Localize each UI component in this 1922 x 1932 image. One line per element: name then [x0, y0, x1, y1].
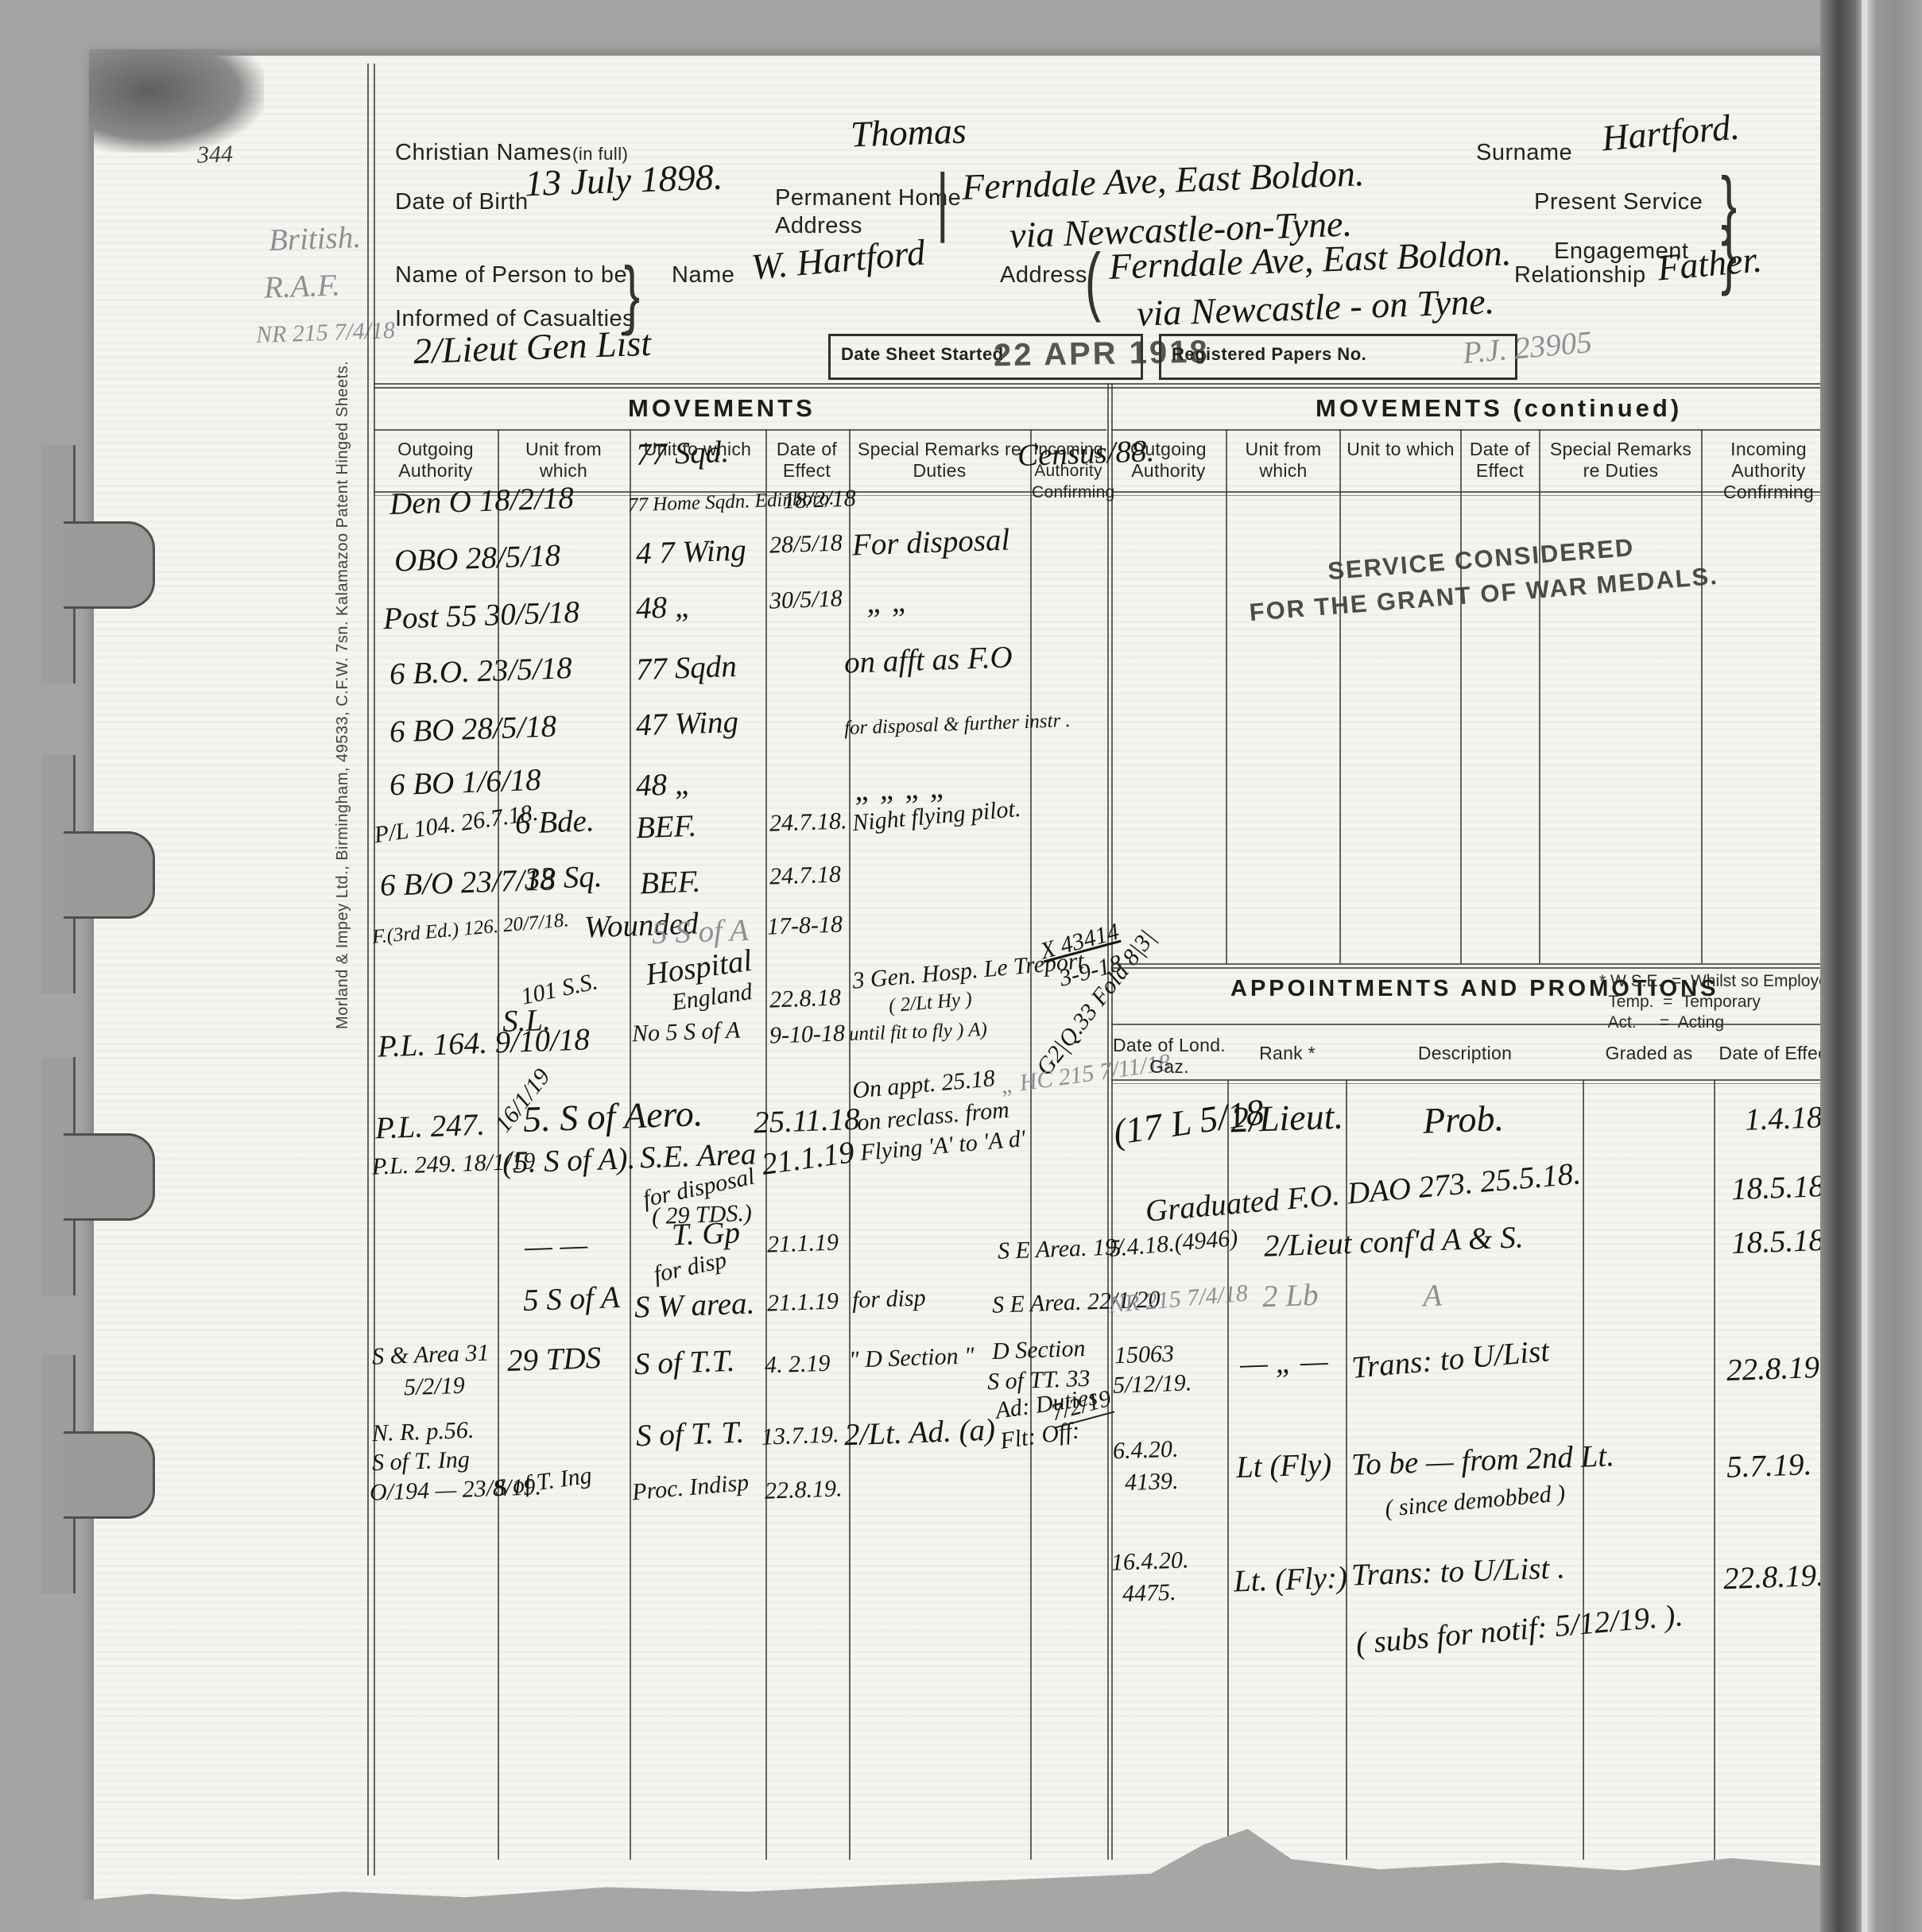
printer-imprint: Morland & Impey Ltd., Birmingham, 49533,…	[334, 361, 352, 1029]
mv-cell: 6 B.O. 23/5/18	[389, 650, 572, 692]
ap-cell: Lt. (Fly:)	[1233, 1560, 1347, 1600]
mv-cell: BEF.	[639, 864, 701, 902]
movements-continued-title: MOVEMENTS (continued)	[1316, 394, 1682, 423]
name-label: Name	[672, 262, 734, 288]
mv-cell: 4 7 Wing	[635, 532, 746, 572]
ap-cell: 6.4.20.	[1112, 1436, 1179, 1465]
mv-cell: 17-8-18	[766, 911, 843, 940]
ap-cell: Prob.	[1422, 1097, 1505, 1142]
ap-cell: 1.4.18	[1744, 1099, 1823, 1137]
mv-cell: BEF.	[635, 808, 697, 846]
home-address-label-1: Permanent Home	[775, 185, 961, 211]
mv-cell: OBO 28/5/18	[393, 537, 561, 579]
legend-temp: Temp. = Temporary	[1599, 992, 1761, 1012]
col-incoming-2: Incoming Authority Confirming	[1704, 439, 1833, 503]
mv-cell: " D Section "	[848, 1342, 975, 1373]
mv-cell: P.L. 247.	[374, 1107, 485, 1147]
mv-cell: 24.7.18.	[769, 807, 847, 837]
relationship-label: Relationship	[1514, 262, 1646, 288]
col-unit-from-2: Unit from which	[1229, 439, 1338, 482]
mv-cell: T. Gp	[671, 1215, 740, 1253]
mv-cell: D Section	[991, 1335, 1086, 1365]
ap-cell: 2/Lieut.	[1230, 1095, 1344, 1141]
home-address-brace: |	[936, 157, 949, 244]
col-outgoing: Outgoing Authority	[377, 439, 494, 482]
mv-cell: 5 S of A	[522, 1280, 620, 1318]
ap-cell: 5/12/19.	[1112, 1369, 1192, 1399]
sheet-number: 344	[196, 141, 233, 169]
ap-cell: 15063	[1114, 1341, 1174, 1370]
mv-cell: S of T. T.	[635, 1415, 745, 1454]
hinge-slot	[41, 1057, 169, 1295]
christian-names-value: Thomas	[850, 109, 967, 155]
mv-cell: 77 Sqdn	[635, 649, 737, 687]
mv-cell: 28/5/18	[769, 529, 843, 559]
ap-cell: 16.4.20.	[1110, 1547, 1189, 1576]
col-date-2: Date of Effect	[1463, 439, 1537, 482]
mv-cell: S W area.	[634, 1285, 755, 1325]
ap-cell: 5.7.19.	[1726, 1446, 1812, 1485]
mv-cell: 29 TDS	[506, 1340, 602, 1379]
mv-cell: 13.7.19.	[761, 1421, 839, 1450]
address-brace: (	[1085, 236, 1101, 323]
mv-cell: 6 BO 28/5/18	[389, 708, 557, 749]
registered-papers-label: Registered Papers No.	[1172, 344, 1366, 365]
mv-cell: 22.8.19.	[764, 1475, 843, 1504]
mv-cell: (5. S of A).	[502, 1140, 636, 1181]
col-graded-as: Graded as	[1586, 1043, 1712, 1064]
legend-wse: * W S.E. = Whilst so Employed	[1599, 971, 1837, 992]
mv-cell: 22.8.18	[769, 984, 841, 1013]
mv-cell: 6 BO 1/6/18	[389, 762, 541, 803]
col-rank: Rank *	[1230, 1043, 1344, 1064]
mv-cell: „ „	[866, 583, 909, 621]
mv-cell: S E Area. 19/	[997, 1233, 1123, 1265]
mv-cell: 9-10-18	[769, 1020, 845, 1049]
dob-label: Date of Birth	[395, 189, 529, 215]
ap-cell: 4475.	[1122, 1579, 1176, 1608]
mv-cell: 18/2/18	[782, 485, 856, 514]
mv-cell: 47 Wing	[635, 704, 738, 743]
scanned-record-sheet: 344 British. R.A.F. NR 215 7/4/18 Morlan…	[0, 0, 1922, 1932]
col-unit-from: Unit from which	[501, 439, 626, 482]
mv-cell: P.L. 164. 9/10/18	[377, 1021, 590, 1064]
present-service-label: Present Service	[1534, 189, 1703, 215]
mv-cell: No 5 S of A	[631, 1017, 740, 1048]
mv-cell: Den O 18/2/18	[389, 480, 574, 522]
ap-cell-pencil: 2 Lb	[1261, 1277, 1319, 1314]
surname-label: Surname	[1476, 140, 1572, 166]
col-date: Date of Effect	[767, 439, 847, 482]
mv-cell-pencil: 5 S of A	[651, 912, 749, 951]
mv-cell: 5/2/19	[403, 1373, 465, 1402]
ap-cell-pencil: A	[1422, 1278, 1442, 1314]
mv-cell: 4. 2.19	[764, 1350, 831, 1380]
col-description: Description	[1349, 1043, 1581, 1064]
movements-title: MOVEMENTS	[628, 394, 816, 423]
col-remarks-2: Special Remarks re Duties	[1542, 439, 1699, 482]
ap-cell: 22.8.19	[1726, 1349, 1819, 1388]
rank-note: 2/Lieut Gen List	[413, 322, 652, 372]
ap-cell: 22.8.19.	[1722, 1558, 1824, 1597]
mv-cell: for disp	[851, 1284, 926, 1314]
hinge-slot	[41, 1355, 169, 1593]
hinge-slot	[41, 445, 169, 683]
col-unit-to-2: Unit to which	[1343, 439, 1459, 460]
ap-cell: Trans: to U/List .	[1350, 1550, 1565, 1593]
mv-cell: 21.1.19	[766, 1287, 839, 1317]
ap-cell: — „ —	[1239, 1343, 1328, 1382]
legend-act: Act. = Acting	[1599, 1012, 1724, 1033]
mv-cell: 48 „	[635, 589, 692, 626]
mv-cell: S of T. Ing	[371, 1446, 470, 1477]
ap-cell: 18.5.18.	[1730, 1168, 1832, 1207]
mv-cell: 33 Sq.	[524, 858, 603, 896]
mv-cell: 6 Bde.	[514, 803, 595, 841]
ap-cell: Lt (Fly)	[1235, 1446, 1332, 1485]
home-address-label-2: Address	[775, 213, 862, 239]
col-date-effect: Date of Effect	[1717, 1043, 1835, 1064]
col-remarks: Special Remarks re Duties	[852, 439, 1027, 482]
mv-cell: 24.7.18	[769, 861, 841, 890]
mv-cell: — —	[524, 1227, 588, 1265]
mv-cell: S & Area 31	[371, 1339, 490, 1370]
date-sheet-label: Date Sheet Started	[841, 344, 1004, 365]
mv-cell: 5. S of Aero.	[522, 1092, 703, 1140]
pencil-note-service: R.A.F.	[263, 267, 340, 305]
col-lond-gaz: Date of Lond. Gaz.	[1113, 1035, 1226, 1078]
ap-cell: 4139.	[1124, 1468, 1179, 1496]
mv-cell: 2/Lt. Ad. (a)	[843, 1412, 995, 1454]
binding-edge	[1820, 0, 1922, 1932]
hinge-slot	[41, 755, 169, 993]
mv-cell: S of T.T.	[634, 1343, 735, 1382]
mv-cell: For disposal	[851, 522, 1010, 563]
torn-corner-shading	[89, 49, 264, 153]
pencil-note-nationality: British.	[268, 219, 361, 258]
mv-cell: 21.1.19	[766, 1229, 839, 1258]
mv-cell: on afft as F.O	[843, 639, 1013, 680]
address-label: Address	[1000, 262, 1087, 288]
mv-cell: 48 „	[635, 766, 692, 803]
mv-cell: 30/5/18	[769, 585, 843, 614]
person-informed-label-1: Name of Person to be	[395, 262, 627, 288]
dob-value: 13 July 1898.	[524, 156, 723, 205]
mv-cell: 77 Sqd.	[635, 434, 729, 473]
mv-cell: Census/88.	[1017, 433, 1155, 474]
mv-cell: Post 55 30/5/18	[382, 594, 579, 637]
mv-cell: N. R. p.56.	[371, 1417, 474, 1447]
ap-cell: 18.5.18	[1730, 1222, 1824, 1261]
